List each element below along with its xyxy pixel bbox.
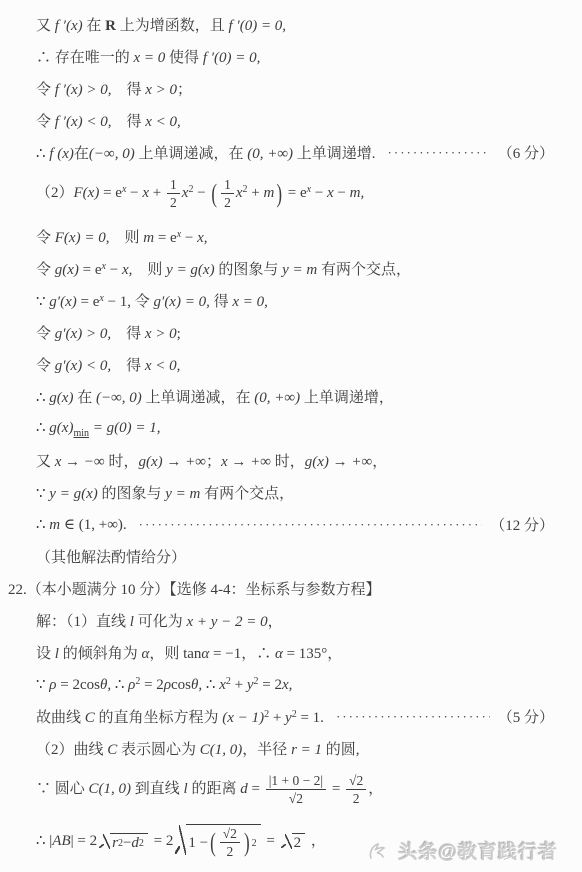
- square-root: r2 − d2: [99, 833, 148, 852]
- fraction: √22: [346, 773, 366, 806]
- line-g-prime-positive: 令 g′(x) > 0, 得 x > 0;: [36, 316, 554, 348]
- dotted-leader: ········································…: [139, 515, 483, 533]
- line-problem-22-header: 22.（本小题满分 10 分）【选修 4-4：坐标系与参数方程】: [8, 572, 554, 604]
- line-22-2-circle-description: （2）曲线 C 表示圆心为 C(1, 0)，半径 r = 1 的圆,: [36, 732, 554, 764]
- dotted-leader: ········································…: [388, 143, 490, 161]
- line-f-prime-positive: 令 f ′(x) > 0, 得 x > 0；: [36, 72, 554, 104]
- line-f-prime-increasing: 又 f ′(x) 在 R 上为增函数，且 f ′(0) = 0,: [36, 8, 554, 40]
- line-let-Fx-zero: 令 F(x) = 0, 则 m = ex − x,: [36, 220, 554, 252]
- line-g-prime: ∵ g′(x) = ex − 1, 令 g′(x) = 0, 得 x = 0,: [36, 284, 554, 316]
- watermark: 头条@教育践行者: [367, 837, 558, 864]
- line-two-intersections: ∵ y = g(x) 的图象与 y = m 有两个交点，: [36, 476, 554, 508]
- line-part2-Fx-definition: （2）F(x) = ex − x + 12x2 − (12x2 + m) = e…: [36, 168, 554, 220]
- line-monotonic-conclusion-6pts: ∴ f (x)在(−∞, 0) 上单调递减，在 (0, +∞) 上单调递增.··…: [36, 136, 554, 168]
- line-22-rect-equation-5pts: 故曲线 C 的直角坐标方程为 (x − 1)2 + y2 = 1.·······…: [36, 700, 554, 732]
- line-m-range-12pts: ∴ m ∈ (1, +∞).··························…: [36, 508, 554, 540]
- fraction: |1 + 0 − 2|√2: [266, 773, 326, 806]
- dotted-leader: ········································…: [336, 707, 490, 725]
- square-root: 2: [281, 833, 306, 852]
- math-solution-page: 又 f ′(x) 在 R 上为增函数，且 f ′(0) = 0,∴ 存在唯一的 …: [0, 0, 582, 872]
- solution-lines: 又 f ′(x) 在 R 上为增函数，且 f ′(0) = 0,∴ 存在唯一的 …: [36, 8, 554, 868]
- fraction: 12: [167, 177, 180, 210]
- line-22-slope-angle: 设 l 的倾斜角为 α，则 tanα = −1，∴ α = 135°，: [36, 636, 554, 668]
- leaf-sketch-icon: [367, 840, 393, 862]
- score-badge: （5 分）: [498, 706, 554, 727]
- line-22-distance: ∵ 圆心 C(1, 0) 到直线 l 的距离 d = |1 + 0 − 2|√2…: [36, 764, 554, 816]
- line-g-minimum: ∴ g(x)min = g(0) = 1,: [36, 412, 554, 444]
- watermark-text: 头条@教育践行者: [398, 837, 558, 864]
- score-badge: （12 分）: [490, 514, 554, 535]
- fraction: 12: [221, 177, 234, 210]
- fraction: √22: [220, 826, 240, 859]
- line-g-monotonic: ∴ g(x) 在 (−∞, 0) 上单调递减，在 (0, +∞) 上单调递增，: [36, 380, 554, 412]
- line-g-prime-negative: 令 g′(x) < 0, 得 x < 0,: [36, 348, 554, 380]
- line-limits: 又 x → −∞ 时，g(x) → +∞；x → +∞ 时，g(x) → +∞，: [36, 444, 554, 476]
- line-22-1-line-equation: 解：（1）直线 l 可化为 x + y − 2 = 0，: [36, 604, 554, 636]
- line-unique-x0: ∴ 存在唯一的 x = 0 使得 f ′(0) = 0,: [36, 40, 554, 72]
- square-root: 1 − (√22)2: [175, 824, 260, 859]
- line-22-polar-conversion: ∵ ρ = 2cosθ, ∴ ρ2 = 2ρcosθ, ∴ x2 + y2 = …: [36, 668, 554, 700]
- score-badge: （6 分）: [498, 142, 554, 163]
- line-f-prime-negative: 令 f ′(x) < 0, 得 x < 0,: [36, 104, 554, 136]
- line-other-methods-note: （其他解法酌情给分）: [36, 540, 554, 572]
- line-let-gx: 令 g(x) = ex − x, 则 y = g(x) 的图象与 y = m 有…: [36, 252, 554, 284]
